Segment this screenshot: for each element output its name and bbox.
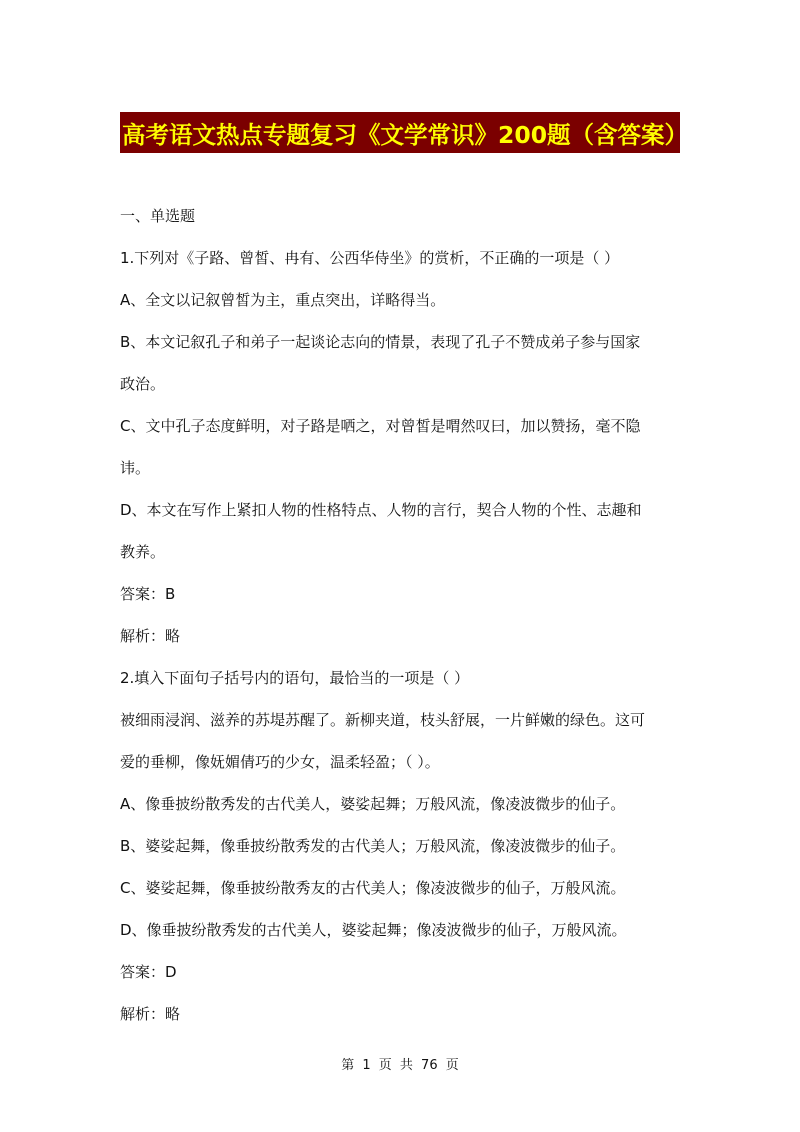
- analysis: 解析：略: [120, 998, 685, 1040]
- analysis: 解析：略: [120, 620, 685, 662]
- section-heading: 一、单选题: [120, 200, 685, 242]
- answer: 答案：B: [120, 578, 685, 620]
- option-c: C、文中孔子态度鲜明，对子路是哂之，对曾皙是喟然叹曰，加以赞扬，毫不隐: [120, 410, 685, 452]
- document-page: 高考语文热点专题复习《文学常识》200题（含答案） 一、单选题 1.下列对《子路…: [0, 0, 800, 1132]
- question-stem: 1.下列对《子路、曾皙、冉有、公西华侍坐》的赏析，不正确的一项是（ ）: [120, 242, 685, 284]
- option-d: D、本文在写作上紧扣人物的性格特点、人物的言行，契合人物的个性、志趣和: [120, 494, 685, 536]
- option-b-continued: 政治。: [120, 368, 685, 410]
- option-d: D、像垂披纷散秀发的古代美人，婆娑起舞；像凌波微步的仙子，万般风流。: [120, 914, 685, 956]
- passage-line: 爱的垂柳，像妩媚倩巧的少女，温柔轻盈；（ ）。: [120, 746, 685, 788]
- title-banner: 高考语文热点专题复习《文学常识》200题（含答案）: [120, 112, 680, 153]
- document-body: 一、单选题 1.下列对《子路、曾皙、冉有、公西华侍坐》的赏析，不正确的一项是（ …: [120, 200, 685, 1040]
- option-a: A、像垂披纷散秀发的古代美人，婆娑起舞；万般风流，像凌波微步的仙子。: [120, 788, 685, 830]
- question-1: 1.下列对《子路、曾皙、冉有、公西华侍坐》的赏析，不正确的一项是（ ） A、全文…: [120, 242, 685, 662]
- document-title: 高考语文热点专题复习《文学常识》200题（含答案）: [120, 116, 680, 150]
- option-a: A、全文以记叙曾皙为主，重点突出，详略得当。: [120, 284, 685, 326]
- answer: 答案：D: [120, 956, 685, 998]
- option-b: B、本文记叙孔子和弟子一起谈论志向的情景，表现了孔子不赞成弟子参与国家: [120, 326, 685, 368]
- question-2: 2.填入下面句子括号内的语句，最恰当的一项是（ ） 被细雨浸润、滋养的苏堤苏醒了…: [120, 662, 685, 1040]
- option-c: C、婆娑起舞，像垂披纷散秀友的古代美人；像凌波微步的仙子，万般风流。: [120, 872, 685, 914]
- passage-line: 被细雨浸润、滋养的苏堤苏醒了。新柳夹道，枝头舒展，一片鲜嫩的绿色。这可: [120, 704, 685, 746]
- option-c-continued: 讳。: [120, 452, 685, 494]
- option-b: B、婆娑起舞，像垂披纷散秀发的古代美人；万般风流，像凌波微步的仙子。: [120, 830, 685, 872]
- question-stem: 2.填入下面句子括号内的语句，最恰当的一项是（ ）: [120, 662, 685, 704]
- page-number-footer: 第 1 页 共 76 页: [0, 1054, 800, 1073]
- option-d-continued: 教养。: [120, 536, 685, 578]
